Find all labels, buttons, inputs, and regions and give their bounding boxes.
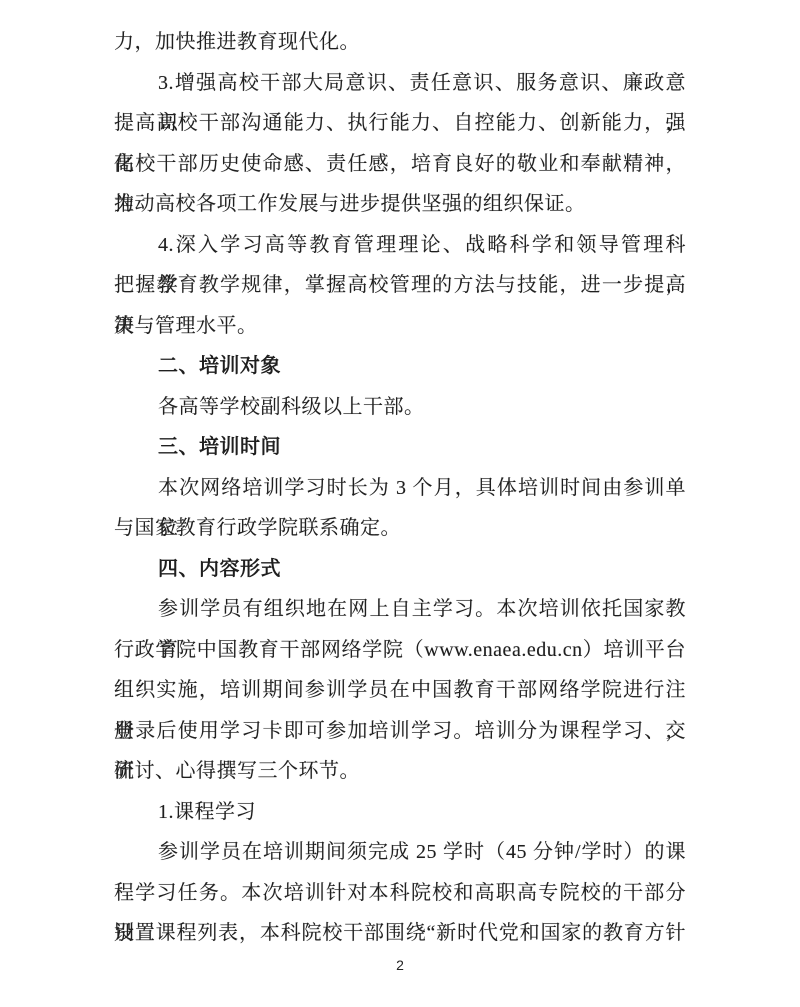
- doc-line: 参训学员在培训期间须完成 25 学时（45 分钟/学时）的课: [114, 832, 686, 873]
- page-body-text: 力，加快推进教育现代化。 3.增强高校干部大局意识、责任意识、服务意识、廉政意识…: [114, 22, 686, 954]
- page-number: 2: [0, 955, 800, 975]
- heading-content-format: 四、内容形式: [114, 549, 686, 590]
- doc-line: 力，加快推进教育现代化。: [114, 22, 686, 63]
- doc-line: 提高高校干部沟通能力、执行能力、自控能力、创新能力，强化: [114, 103, 686, 144]
- doc-line: 组织实施，培训期间参训学员在中国教育干部网络学院进行注册，: [114, 670, 686, 711]
- doc-line: 各高等学校副科级以上干部。: [114, 387, 686, 428]
- doc-line: 把握教育教学规律，掌握高校管理的方法与技能，进一步提高决: [114, 265, 686, 306]
- doc-line: 设置课程列表，本科院校干部围绕“新时代党和国家的教育方针: [114, 913, 686, 954]
- doc-line: 登录后使用学习卡即可参加培训学习。培训分为课程学习、交流: [114, 711, 686, 752]
- document-page: 力，加快推进教育现代化。 3.增强高校干部大局意识、责任意识、服务意识、廉政意识…: [0, 0, 800, 1007]
- doc-line: 本次网络培训学习时长为 3 个月，具体培训时间由参训单位: [114, 468, 686, 509]
- doc-line: 程学习任务。本次培训针对本科院校和高职高专院校的干部分别: [114, 873, 686, 914]
- heading-training-time: 三、培训时间: [114, 427, 686, 468]
- doc-line: 行政学院中国教育干部网络学院（www.enaea.edu.cn）培训平台: [114, 630, 686, 671]
- doc-line: 与国家教育行政学院联系确定。: [114, 508, 686, 549]
- doc-line: 4.深入学习高等教育管理理论、战略科学和领导管理科学，: [114, 225, 686, 266]
- doc-line: 参训学员有组织地在网上自主学习。本次培训依托国家教育: [114, 589, 686, 630]
- doc-line: 研讨、心得撰写三个环节。: [114, 751, 686, 792]
- heading-training-audience: 二、培训对象: [114, 346, 686, 387]
- doc-line: 推动高校各项工作发展与进步提供坚强的组织保证。: [114, 184, 686, 225]
- doc-line: 策与管理水平。: [114, 306, 686, 347]
- subheading-course-study: 1.课程学习: [114, 792, 686, 833]
- doc-line: 3.增强高校干部大局意识、责任意识、服务意识、廉政意识，: [114, 63, 686, 104]
- doc-line: 高校干部历史使命感、责任感，培育良好的敬业和奉献精神，为: [114, 144, 686, 185]
